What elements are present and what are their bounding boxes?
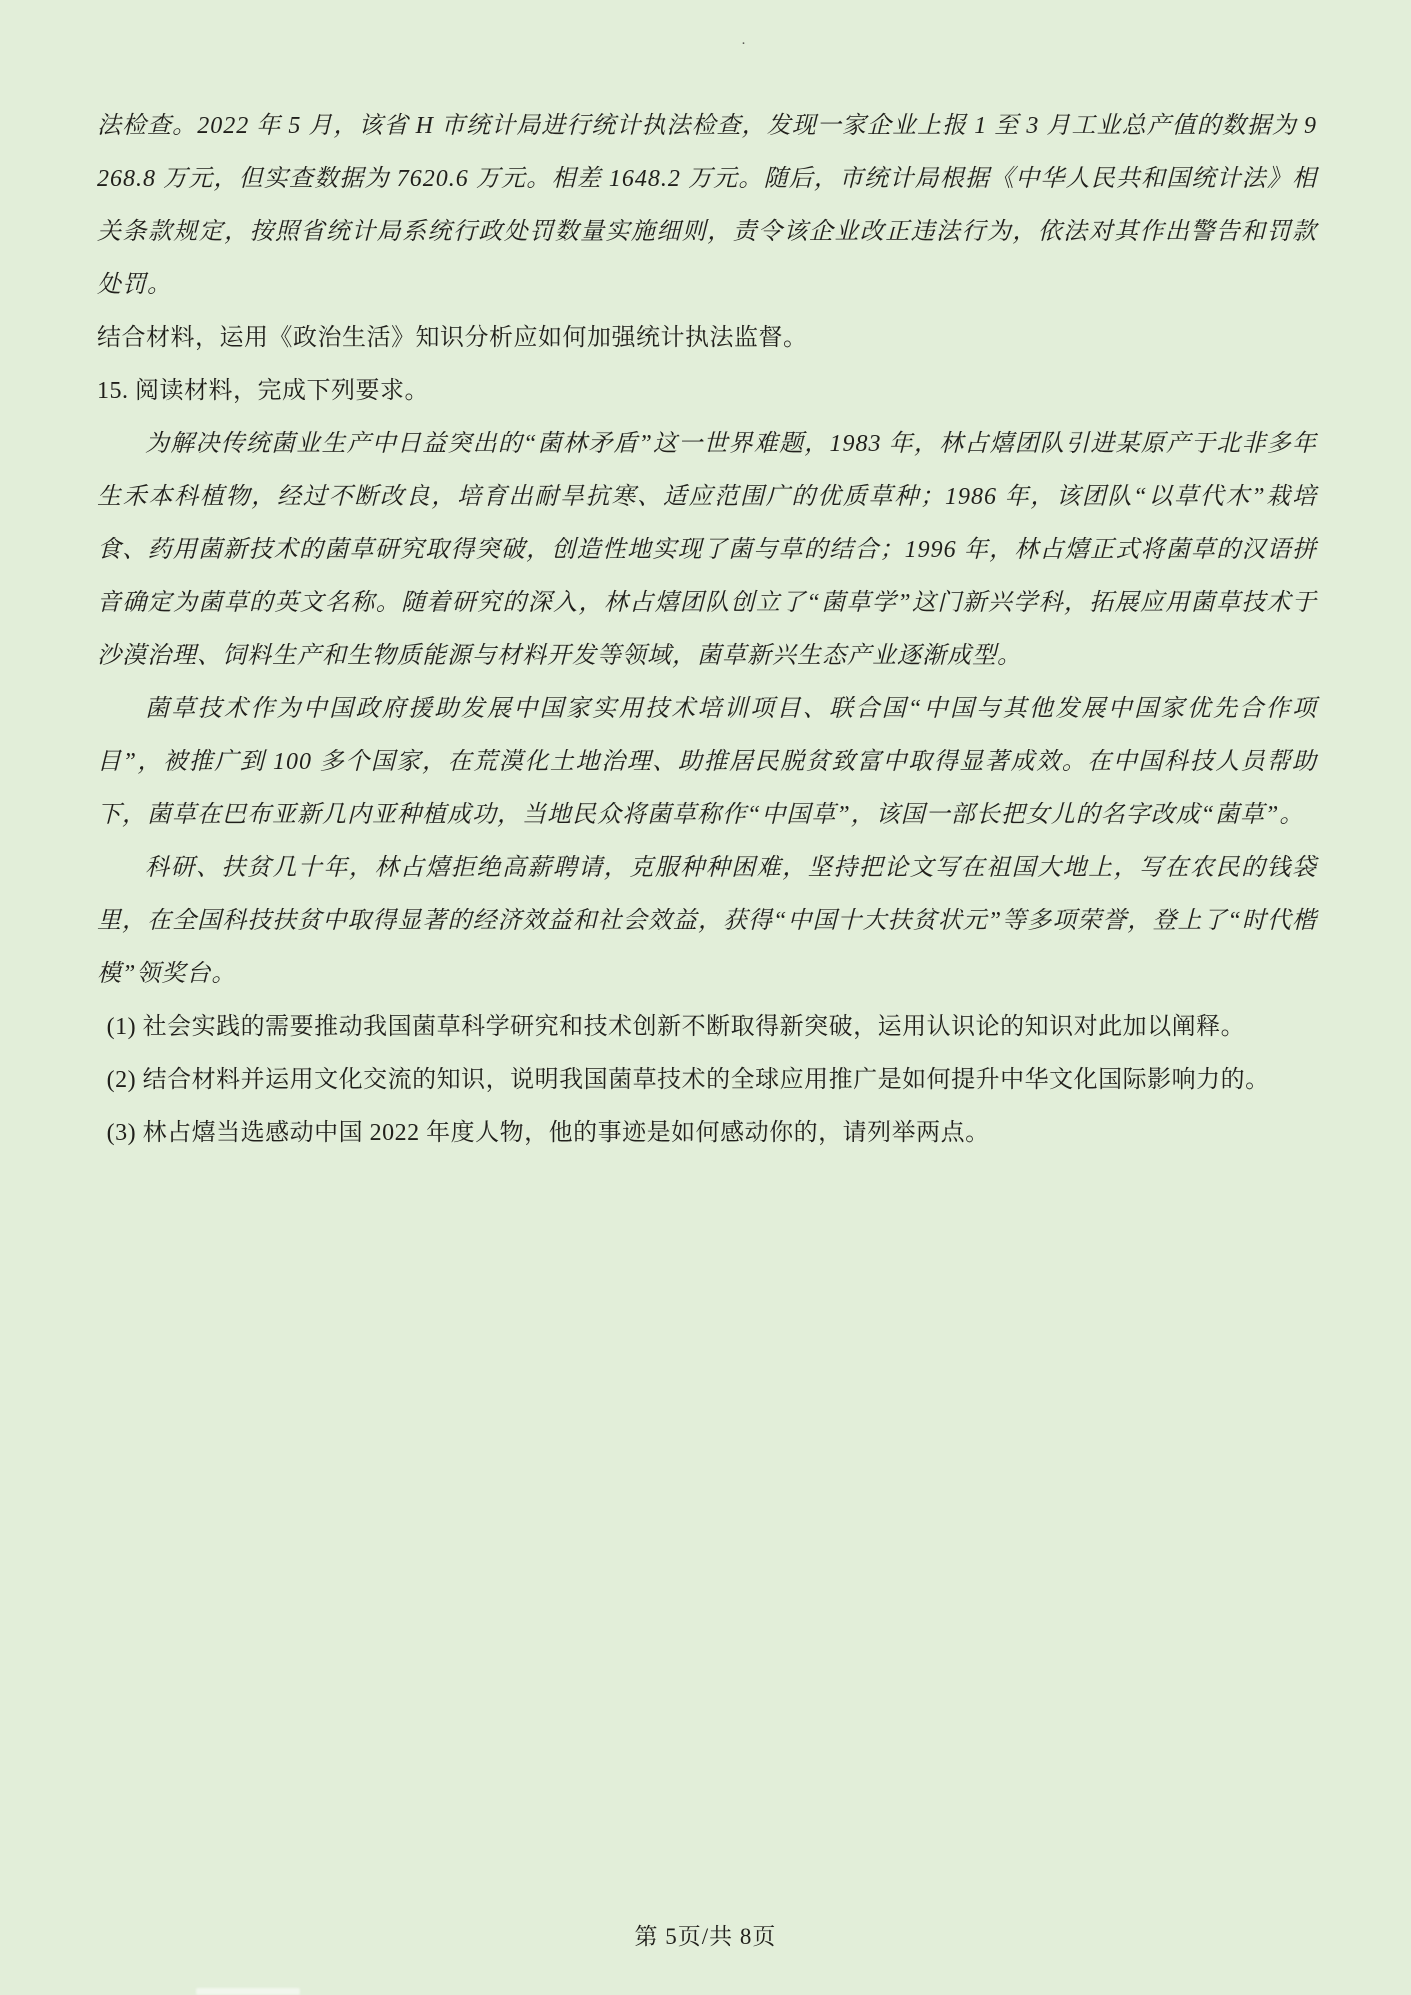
page-top-dot-mark: · [741,36,746,53]
question-15-sub-3: (3) 林占熺当选感动中国 2022 年度人物，他的事迹是如何感动你的，请列举两… [97,1107,1317,1160]
material-paragraph-3: 科研、扶贫几十年，林占熺拒绝高薪聘请，克服种种困难，坚持把论文写在祖国大地上，写… [97,842,1317,1001]
material-paragraph-1: 为解决传统菌业生产中日益突出的“菌林矛盾”这一世界难题，1983 年，林占熺团队… [97,418,1317,683]
question-14-prompt: 结合材料，运用《政治生活》知识分析应如何加强统计执法监督。 [97,312,1317,365]
page-body-text: 法检查。2022 年 5 月，该省 H 市统计局进行统计执法检查，发现一家企业上… [97,100,1317,1160]
bottom-edge-artifact [196,1988,300,1995]
page-number-footer: 第 5页/共 8页 [0,1918,1411,1951]
question-15-header: 15. 阅读材料，完成下列要求。 [97,365,1317,418]
question-15-sub-1: (1) 社会实践的需要推动我国菌草科学研究和技术创新不断取得新突破，运用认识论的… [97,1001,1317,1054]
law-paragraph-continuation: 法检查。2022 年 5 月，该省 H 市统计局进行统计执法检查，发现一家企业上… [97,100,1317,312]
material-paragraph-2: 菌草技术作为中国政府援助发展中国家实用技术培训项目、联合国“中国与其他发展中国家… [97,683,1317,842]
exam-paper-page: · 法检查。2022 年 5 月，该省 H 市统计局进行统计执法检查，发现一家企… [0,0,1411,1995]
question-15-sub-2: (2) 结合材料并运用文化交流的知识，说明我国菌草技术的全球应用推广是如何提升中… [97,1054,1317,1107]
